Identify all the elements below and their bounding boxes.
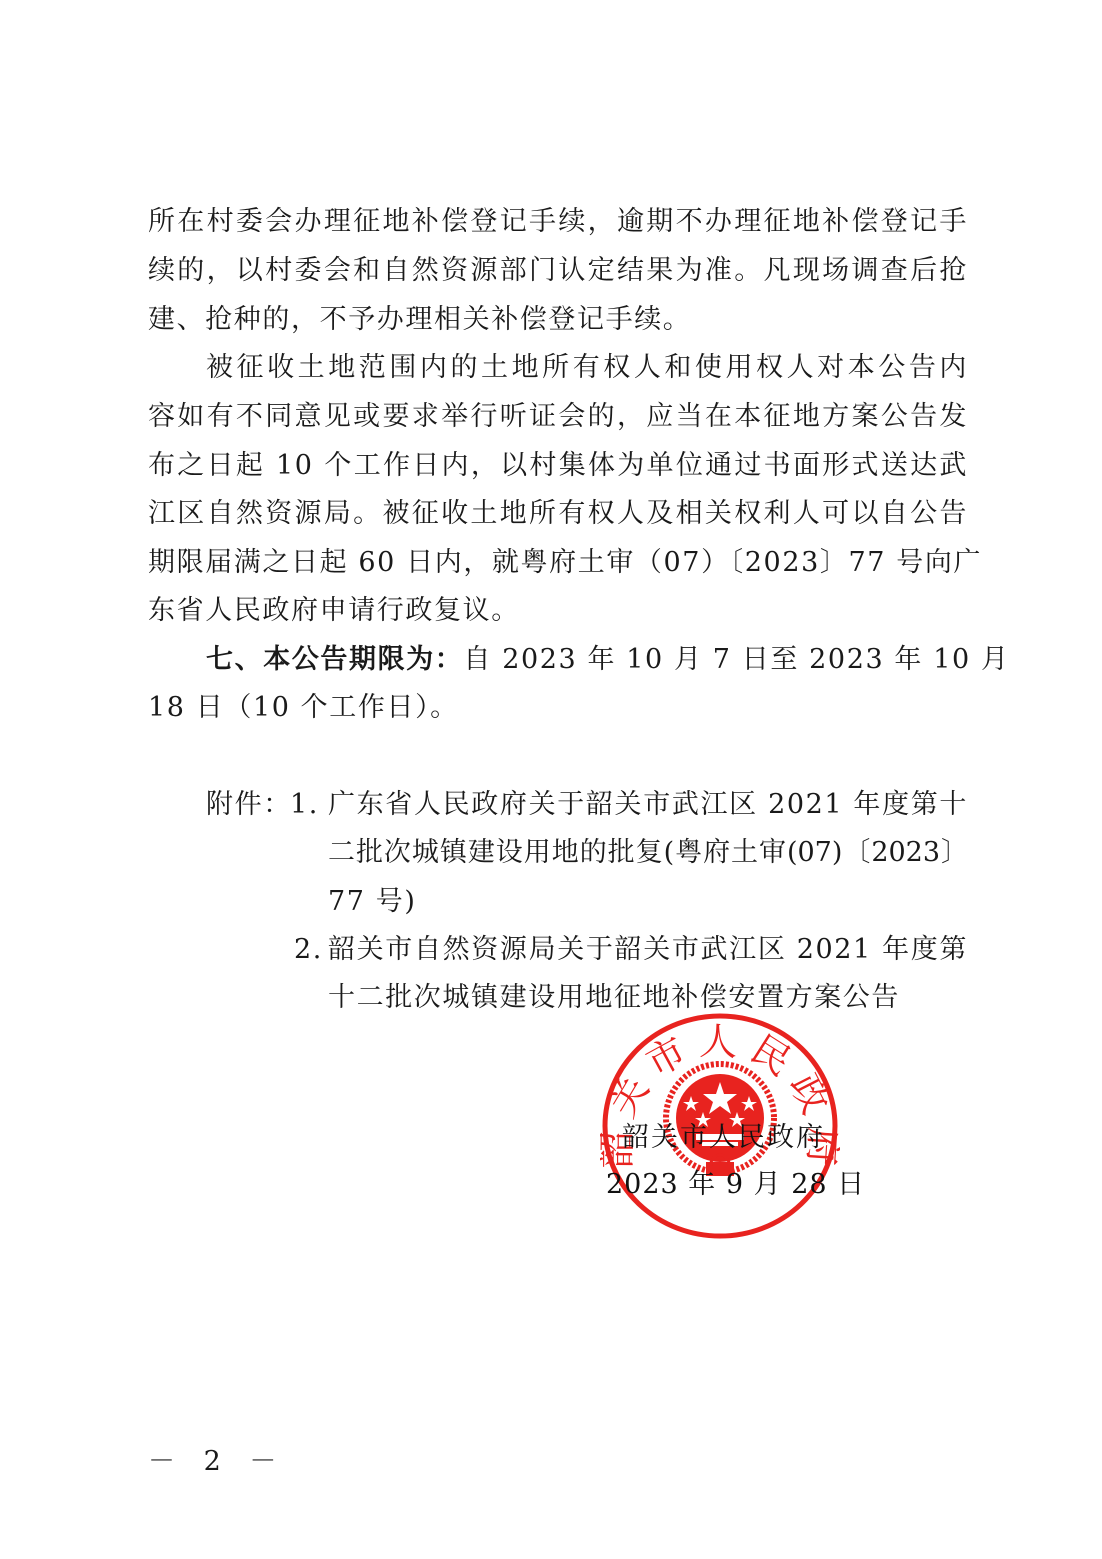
attachments-label: 附件： [206,790,292,820]
paragraph-line: 建、抢种的，不予办理相关补偿登记手续。 [148,305,968,335]
attachment-2-line: 十二批次城镇建设用地征地补偿安置方案公告 [328,983,900,1013]
paragraph-line: 期限届满之日起 60 日内，就粤府土审（07）〔2023〕77 号向广 [148,548,968,578]
section-seven-period-end: 18 日（10 个工作日）。 [148,693,968,723]
page-number: － 2 － [148,1447,286,1477]
attachment-2-line: 韶关市自然资源局关于韶关市武江区 2021 年度第 [328,935,968,965]
issue-date: 2023 年 9 月 28 日 [606,1170,865,1200]
issuing-organization: 韶关市人民政府 [622,1123,825,1153]
attachment-number: 2. [294,935,323,965]
paragraph-line: 容如有不同意见或要求举行听证会的，应当在本征地方案公告发 [148,402,968,432]
section-seven: 七、本公告期限为： 自 2023 年 10 月 7 日至 2023 年 10 月 [206,645,968,675]
paragraph-line: 所在村委会办理征地补偿登记手续，逾期不办理征地补偿登记手 [148,207,968,237]
attachment-1-line: 77 号) [328,887,416,917]
section-seven-period: 自 2023 年 10 月 7 日至 2023 年 10 月 [463,645,1009,675]
paragraph-line: 江区自然资源局。被征收土地所有权人及相关权利人可以自公告 [148,499,968,529]
section-seven-heading: 七、本公告期限为： [206,645,463,675]
attachment-1-line: 二批次城镇建设用地的批复(粤府土审(07)〔2023〕 [328,838,968,868]
attachment-1-line: 广东省人民政府关于韶关市武江区 2021 年度第十 [328,790,968,820]
paragraph-line: 被征收土地范围内的土地所有权人和使用权人对本公告内 [206,353,968,383]
paragraph-line: 续的，以村委会和自然资源部门认定结果为准。凡现场调查后抢 [148,256,968,286]
document-page: 所在村委会办理征地补偿登记手续，逾期不办理征地补偿登记手 续的，以村委会和自然资… [0,0,1102,1559]
paragraph-line: 布之日起 10 个工作日内，以村集体为单位通过书面形式送达武 [148,451,968,481]
national-emblem-icon [666,1064,774,1176]
attachment-number: 1. [290,790,319,820]
paragraph-line: 东省人民政府申请行政复议。 [148,596,968,626]
